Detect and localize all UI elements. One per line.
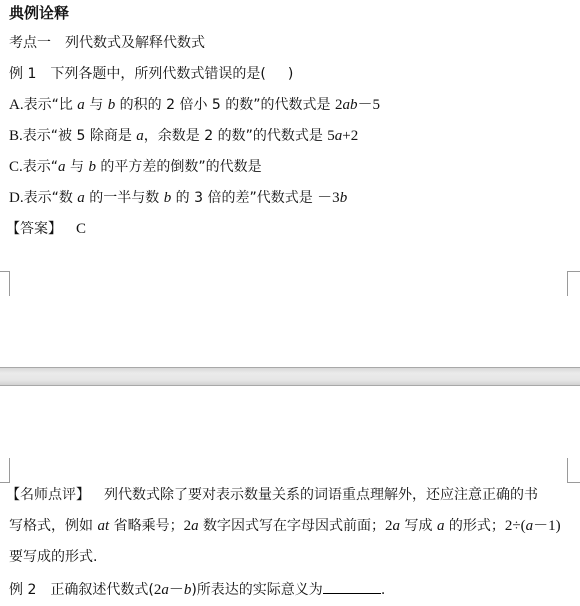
page-1: 典例诠释 考点一列代数式及解释代数式 例 1下列各题中，所列代数式错误的是() … xyxy=(0,0,580,367)
expr-at: at xyxy=(97,518,109,534)
crop-mark-top-right xyxy=(567,271,580,296)
crop-mark-bottom-left xyxy=(0,458,10,483)
option-d: D.表示“数 a 的一半与数 b 的 3 倍的差”代数式是 －3b xyxy=(9,188,347,208)
expr-op: － xyxy=(169,582,184,598)
example2-label: 例 2 xyxy=(9,582,36,598)
comment-text: 省略乘号； xyxy=(109,518,183,534)
answer-value: C xyxy=(76,221,86,237)
comment-text: 的形式； xyxy=(444,518,504,534)
option-c: C.表示“a 与 b 的平方差的倒数”的代数是 xyxy=(9,157,262,177)
option-a-text: 的积的 2 倍小 5 的数”的代数式是 xyxy=(115,97,335,113)
teacher-comment-line-1: 【名师点评】列代数式除了要对表示数量关系的词语重点理解外，还应注意正确的书 xyxy=(6,485,538,505)
var-a: a xyxy=(77,190,85,206)
var-a: a xyxy=(136,128,144,144)
teacher-comment-label: 【名师点评】 xyxy=(6,487,90,503)
example2-question: 例 2正确叙述代数式(2a－b)所表达的实际意义为. xyxy=(9,579,385,600)
comment-text: 数字因式写在字母因式前面； xyxy=(199,518,385,534)
option-b-expr-tail: +2 xyxy=(342,128,358,144)
expr-var: a xyxy=(161,582,169,598)
option-d-text: 的一半与数 xyxy=(85,190,164,206)
topic-title: 列代数式及解释代数式 xyxy=(65,35,205,51)
document-viewport[interactable]: 典例诠释 考点一列代数式及解释代数式 例 1下列各题中，所列代数式错误的是() … xyxy=(0,0,580,606)
answer-line: 【答案】C xyxy=(6,219,86,239)
teacher-comment-text: 列代数式除了要对表示数量关系的词语重点理解外，还应注意正确的书 xyxy=(104,487,538,503)
option-a-expr-var: ab xyxy=(342,97,357,113)
option-d-expr-var: b xyxy=(340,190,348,206)
option-b-letter: B. xyxy=(9,128,23,144)
option-c-text: 与 xyxy=(66,159,89,175)
crop-mark-top-left xyxy=(0,271,10,296)
option-a-text: 表示“比 xyxy=(24,97,78,113)
expr-var: a xyxy=(191,518,199,534)
option-d-expr-num: －3 xyxy=(317,190,340,206)
option-b-text: 表示“被 5 除商是 xyxy=(23,128,137,144)
section-title: 典例诠释 xyxy=(9,3,69,23)
crop-mark-bottom-right xyxy=(567,458,580,483)
example2-text-end: . xyxy=(381,582,385,598)
comment-text: 写格式，例如 xyxy=(9,518,97,534)
option-d-letter: D. xyxy=(9,190,24,206)
expr-num: 2 xyxy=(385,518,393,534)
option-b-text: ，余数是 2 的数”的代数式是 xyxy=(144,128,328,144)
example1-question: 例 1下列各题中，所列代数式错误的是() xyxy=(9,64,293,84)
option-d-text: 表示“数 xyxy=(24,190,78,206)
example1-question-end: ) xyxy=(288,66,293,82)
option-b: B.表示“被 5 除商是 a，余数是 2 的数”的代数式是 5a+2 xyxy=(9,126,358,146)
option-c-letter: C. xyxy=(9,159,23,175)
answer-blank[interactable] xyxy=(323,579,381,594)
expr-num: 2 xyxy=(184,518,192,534)
example1-question-text: 下列各题中，所列代数式错误的是( xyxy=(50,66,265,82)
expr-division-end: －1) xyxy=(533,518,561,534)
var-a: a xyxy=(58,159,66,175)
comment-text: 写成 xyxy=(400,518,437,534)
var-b: b xyxy=(88,159,96,175)
example2-text: )所表达的实际意义为 xyxy=(191,582,322,598)
expr-var: a xyxy=(393,518,401,534)
var-a: a xyxy=(77,97,85,113)
example1-label: 例 1 xyxy=(9,66,36,82)
example2-text: 正确叙述代数式( xyxy=(50,582,153,598)
option-a: A.表示“比 a 与 b 的积的 2 倍小 5 的数”的代数式是 2ab－5 xyxy=(9,95,380,115)
page-break-separator xyxy=(0,367,580,386)
expr-var: a xyxy=(526,518,534,534)
option-a-text: 与 xyxy=(85,97,108,113)
answer-label: 【答案】 xyxy=(6,221,62,237)
topic-line: 考点一列代数式及解释代数式 xyxy=(9,33,205,53)
expr-division-start: 2÷( xyxy=(505,518,526,534)
option-a-expr-tail: －5 xyxy=(357,97,380,113)
teacher-comment-line-2: 写格式，例如 at 省略乘号；2a 数字因式写在字母因式前面；2a 写成 a 的… xyxy=(9,516,561,536)
option-a-letter: A. xyxy=(9,97,24,113)
option-c-text: 表示“ xyxy=(23,159,58,175)
option-b-expr-num: 5 xyxy=(327,128,335,144)
option-d-text: 的 3 倍的差”代数式是 xyxy=(171,190,317,206)
option-c-text: 的平方差的倒数”的代数是 xyxy=(96,159,262,175)
teacher-comment-line-3: 要写成的形式. xyxy=(9,547,97,567)
topic-label: 考点一 xyxy=(9,35,51,51)
